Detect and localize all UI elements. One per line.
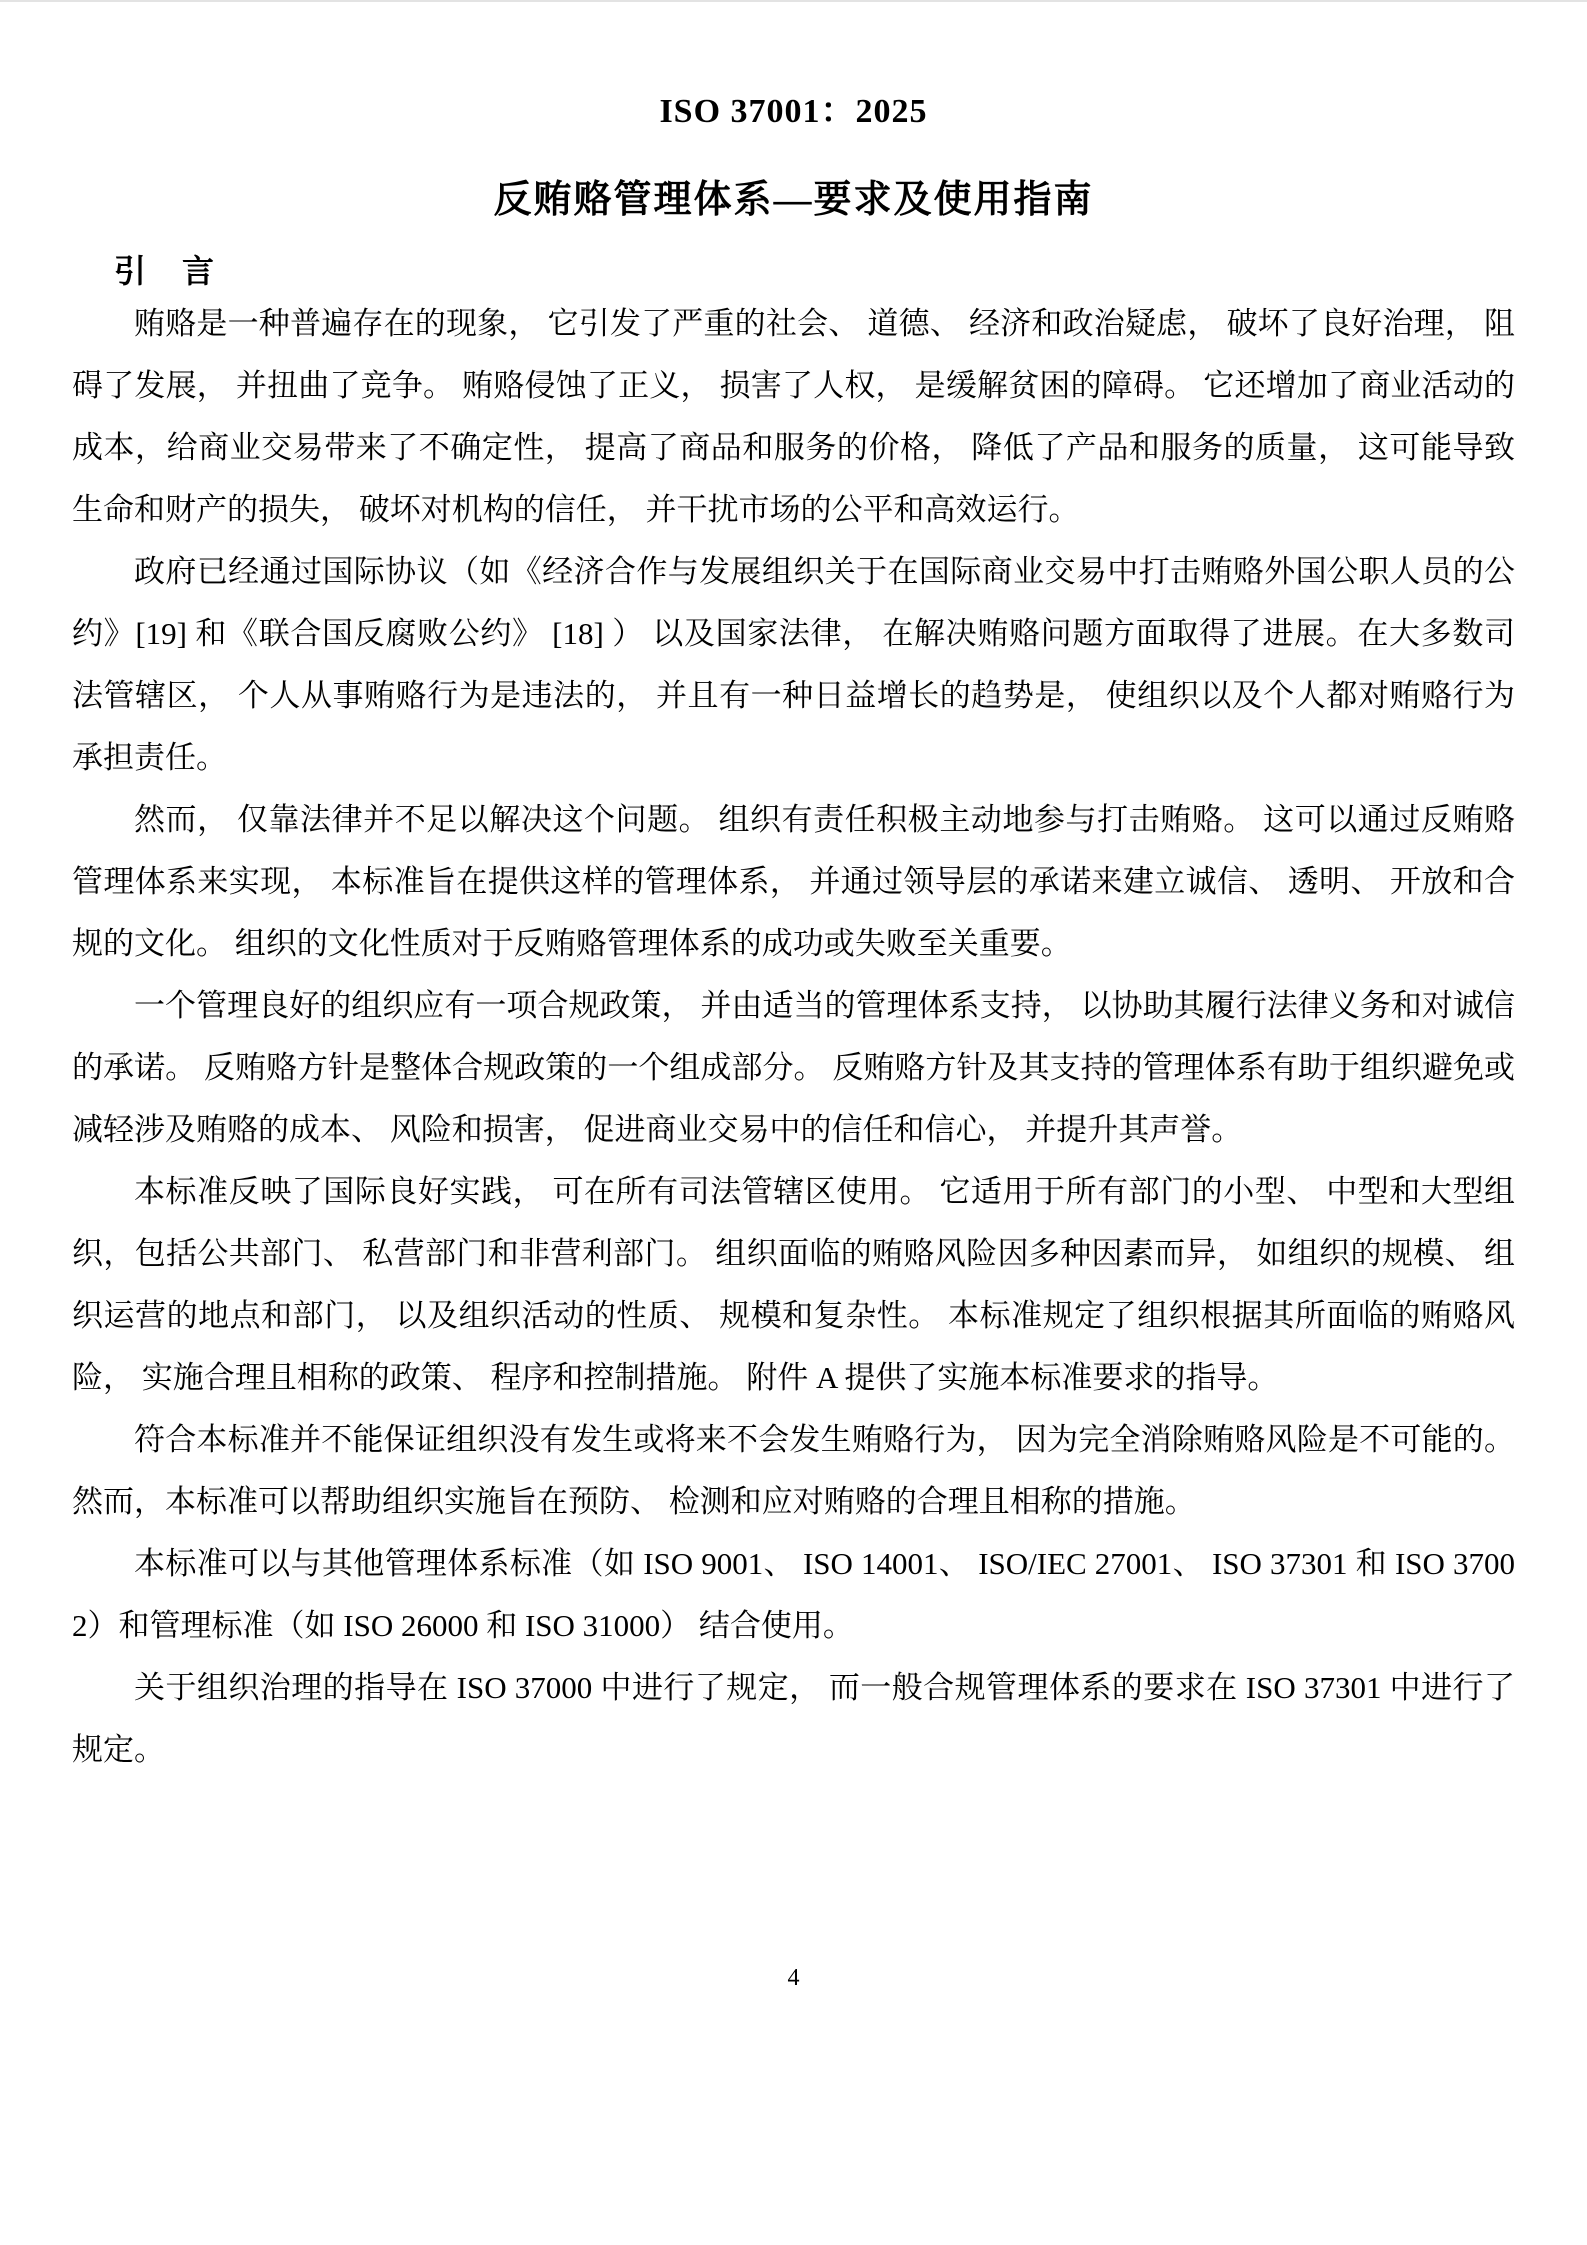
section-heading-introduction: 引 言 (114, 251, 1515, 293)
document-subtitle: 反贿赂管理体系—要求及使用指南 (72, 178, 1515, 224)
paragraph: 贿赂是一种普遍存在的现象， 它引发了严重的社会、 道德、 经济和政治疑虑， 破坏… (72, 293, 1515, 541)
paragraph: 一个管理良好的组织应有一项合规政策， 并由适当的管理体系支持， 以协助其履行法律… (72, 975, 1515, 1161)
document-title: ISO 37001：2025 (72, 92, 1515, 133)
paragraph: 本标准反映了国际良好实践， 可在所有司法管辖区使用。 它适用于所有部门的小型、 … (72, 1161, 1515, 1409)
body-paragraphs: 贿赂是一种普遍存在的现象， 它引发了严重的社会、 道德、 经济和政治疑虑， 破坏… (72, 293, 1515, 1781)
paragraph: 本标准可以与其他管理体系标准（如 ISO 9001、 ISO 14001、 IS… (72, 1533, 1515, 1657)
paragraph: 政府已经通过国际协议（如《经济合作与发展组织关于在国际商业交易中打击贿赂外国公职… (72, 541, 1515, 789)
page-number: 4 (0, 1964, 1587, 1993)
page-content: ISO 37001：2025 反贿赂管理体系—要求及使用指南 引 言 贿赂是一种… (0, 92, 1587, 1781)
paragraph: 符合本标准并不能保证组织没有发生或将来不会发生贿赂行为， 因为完全消除贿赂风险是… (72, 1409, 1515, 1533)
paragraph: 然而， 仅靠法律并不足以解决这个问题。 组织有责任积极主动地参与打击贿赂。 这可… (72, 789, 1515, 975)
paragraph: 关于组织治理的指导在 ISO 37000 中进行了规定， 而一般合规管理体系的要… (72, 1657, 1515, 1781)
document-page: ISO 37001：2025 反贿赂管理体系—要求及使用指南 引 言 贿赂是一种… (0, 0, 1587, 2245)
